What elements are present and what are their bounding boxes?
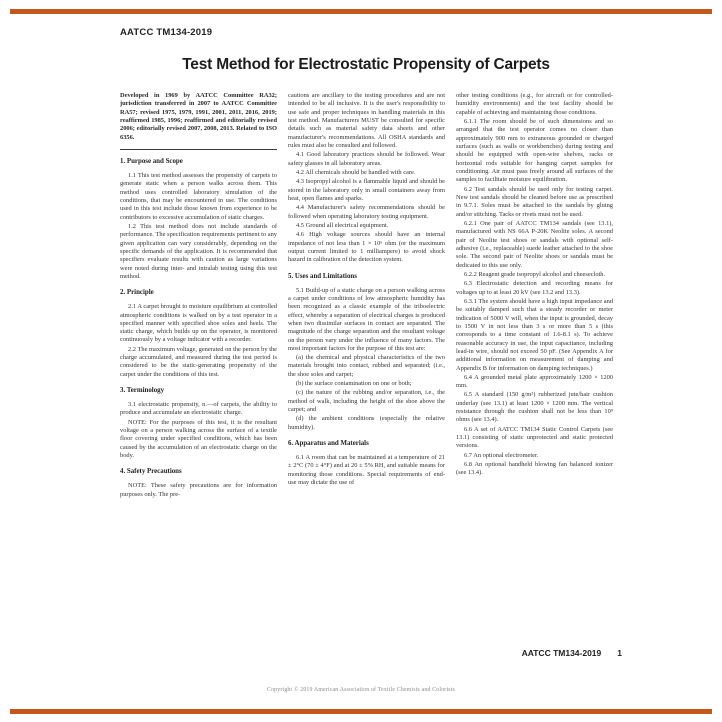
para-4-3: 4.3 Isopropyl alcohol is a flammable liq… (288, 178, 445, 203)
section-4-heading: 4. Safety Precautions (120, 468, 277, 477)
para-6-3-1: 6.3.1 The system should have a high inpu… (456, 298, 613, 373)
para-5-1-c: (c) the nature of the rubbing and/or sep… (288, 389, 445, 414)
section-1-heading: 1. Purpose and Scope (120, 158, 277, 167)
para-6-7: 6.7 An optional electrometer. (456, 452, 613, 460)
page-title: Test Method for Electrostatic Propensity… (110, 56, 622, 74)
para-6-2: 6.2 Test sandals should be used only for… (456, 186, 613, 219)
para-6-5: 6.5 A standard (150 g/m²) rubberized jut… (456, 391, 613, 424)
footer-doc-code: AATCC TM134-2019 (522, 648, 602, 658)
para-4-4: 4.4 Manufacturer's safety recommendation… (288, 204, 445, 221)
para-4-note-cont: cautions are ancillary to the testing pr… (288, 92, 445, 150)
para-1-1: 1.1 This test method assesses the propen… (120, 172, 277, 222)
para-4-2: 4.2 All chemicals should be handled with… (288, 169, 445, 177)
text-column-3: other testing conditions (e.g., for airc… (456, 92, 613, 648)
document-body: Developed in 1969 by AATCC Committee RA3… (120, 92, 614, 648)
header-doc-code: AATCC TM134-2019 (120, 27, 212, 38)
section-5-heading: 5. Uses and Limitations (288, 273, 445, 282)
note-3: NOTE: For the purposes of this test, it … (120, 419, 277, 461)
note-4: NOTE: These safety precautions are for i… (120, 482, 277, 499)
page-footer: AATCC TM134-2019 1 (522, 648, 622, 658)
para-6-1-1: 6.1.1 The room should be of such dimensi… (456, 118, 613, 185)
revision-history: Developed in 1969 by AATCC Committee RA3… (120, 92, 277, 150)
para-6-1-cont: other testing conditions (e.g., for airc… (456, 92, 613, 117)
copyright-line: Copyright © 2019 American Association of… (0, 687, 722, 693)
para-1-2: 1.2 This test method does not include st… (120, 223, 277, 281)
text-column-2: cautions are ancillary to the testing pr… (288, 92, 445, 648)
para-6-2-1: 6.2.1 One pair of AATCC TM134 sandals (s… (456, 220, 613, 270)
para-4-5: 4.5 Ground all electrical equipment. (288, 222, 445, 230)
para-5-1-b: (b) the surface contamination on one or … (288, 380, 445, 388)
para-6-3: 6.3 Electrostatic detection and recordin… (456, 280, 613, 297)
section-6-heading: 6. Apparatus and Materials (288, 440, 445, 449)
text-column-1: Developed in 1969 by AATCC Committee RA3… (120, 92, 277, 648)
para-3-1: 3.1 electrostatic propensity, n.—of carp… (120, 401, 277, 418)
para-5-1: 5.1 Build-up of a static charge on a per… (288, 287, 445, 354)
para-5-1-d: (d) the ambient conditions (especially t… (288, 415, 445, 432)
footer-page-number: 1 (617, 648, 622, 658)
para-2-2: 2.2 The maximum voltage, generated on th… (120, 346, 277, 379)
para-6-1: 6.1 A room that can be maintained at a t… (288, 454, 445, 487)
para-5-1-a: (a) the chemical and physical characteri… (288, 354, 445, 379)
para-4-1: 4.1 Good laboratory practices should be … (288, 151, 445, 168)
para-6-4: 6.4 A grounded metal plate approximately… (456, 374, 613, 391)
bottom-orange-rule (10, 709, 712, 714)
para-6-8: 6.8 An optional handheld blowing fan bal… (456, 461, 613, 478)
para-2-1: 2.1 A carpet brought to moisture equilib… (120, 303, 277, 345)
section-2-heading: 2. Principle (120, 289, 277, 298)
section-3-heading: 3. Terminology (120, 387, 277, 396)
para-6-6: 6.6 A set of AATCC TM134 Static Control … (456, 426, 613, 451)
para-4-6: 4.6 High voltage sources should have an … (288, 231, 445, 264)
para-6-2-2: 6.2.2 Reagent grade isopropyl alcohol an… (456, 271, 613, 279)
top-orange-rule (10, 9, 712, 14)
